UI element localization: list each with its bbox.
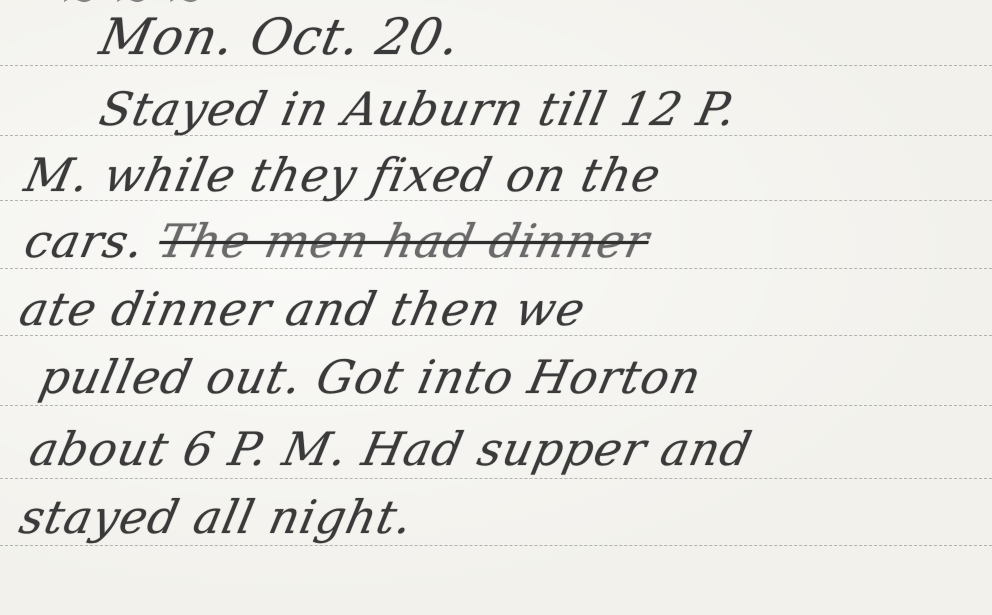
- entry-line-6: about 6 P. M. Had supper and: [25, 422, 757, 476]
- ruled-line: [0, 268, 992, 269]
- diary-page: ~ ~ ~ Mon. Oct. 20. Stayed in Auburn til…: [0, 0, 992, 615]
- struck-out-text: The men had dinner: [154, 214, 654, 268]
- entry-line-3: cars. The men had dinner: [20, 214, 654, 268]
- ruled-line: [0, 478, 992, 479]
- entry-line-7: stayed all night.: [15, 490, 418, 544]
- entry-line-5: pulled out. Got into Horton: [35, 350, 707, 404]
- ruled-line: [0, 405, 992, 406]
- entry-line-1: Stayed in Auburn till 12 P.: [95, 82, 742, 136]
- ruled-line: [0, 545, 992, 546]
- entry-line-4: ate dinner and then we: [15, 282, 591, 336]
- entry-line-3-text: cars.: [20, 214, 150, 268]
- entry-date: Mon. Oct. 20.: [95, 8, 466, 66]
- entry-line-2: M. while they fixed on the: [20, 148, 666, 202]
